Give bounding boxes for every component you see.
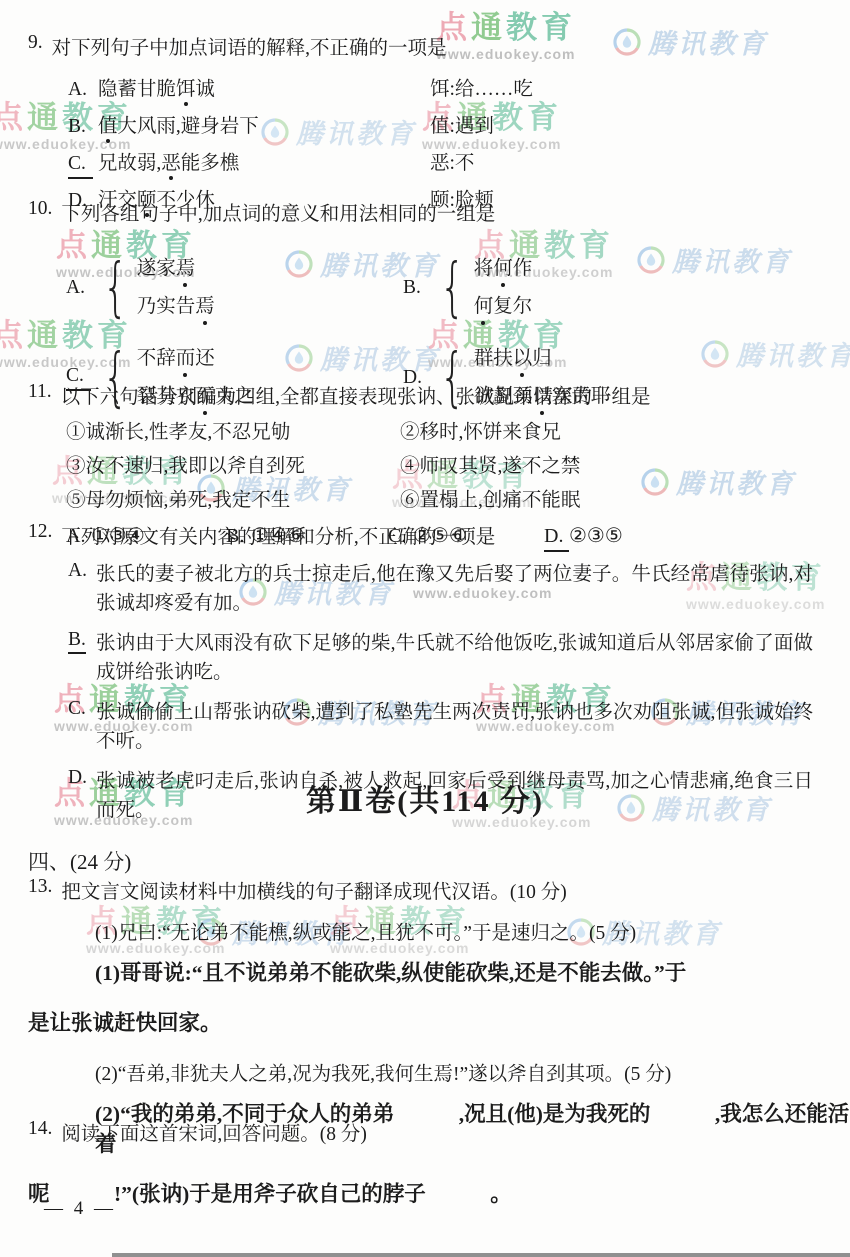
option-text: 张氏的妻子被北方的兵士掠走后,他在豫又先后娶了两位妻子。牛氏经常虐待张讷,对张诚… — [96, 560, 813, 618]
translation-answer-line: 呢 !”(张讷)于是用斧子砍自己的脖子 。 — [28, 1179, 850, 1209]
emphasized-char: 焉 — [176, 256, 196, 282]
sentence-item: ①诚渐长,性孝友,不忍兄劬 — [66, 422, 290, 443]
question-stem: 下列各组句子中,加点词的意义和用法相同的一组是 — [61, 198, 495, 226]
question-9: 9. 对下列句子中加点词语的解释,不正确的一项是 A. 隐蓄甘脆饵诚 饵:给……… — [0, 32, 850, 208]
option-row: A. 隐蓄甘脆饵诚 饵:给……吃 — [68, 73, 850, 97]
option-row: B. 张讷由于大风雨没有砍下足够的柴,牛氏就不给他饭吃,张诚知道后从邻居家偷了面… — [68, 629, 813, 687]
section-title: 第Ⅱ卷(共114 分) — [0, 776, 850, 820]
emphasized-char: 何 — [474, 294, 494, 320]
group-line: 遂家焉 — [137, 250, 215, 288]
option-text: 值大风雨,避身岩下 — [98, 116, 259, 137]
sentence-item: ⑥置榻上,创痛不能眠 — [400, 484, 580, 512]
exam-page: 点通教育www.eduokey.com 腾讯教育点通教育www.eduokey.… — [0, 0, 850, 1257]
emphasized-char: 饵 — [176, 73, 196, 101]
sentence-row: ①诚渐长,性孝友,不忍兄劬 ②移时,怀饼来食兄 — [66, 416, 850, 443]
page-number: — 4 — — [44, 1198, 116, 1220]
question-number: 10. — [28, 198, 52, 226]
option-text: 兄故弱,恶能多樵 — [98, 153, 239, 174]
option-label-answer-underline: C. — [68, 153, 93, 179]
emphasized-char: 而 — [176, 346, 196, 372]
question-stem: 下列对原文有关内容的理解和分析,不正确的一项是 — [61, 521, 495, 549]
brace-icon: { — [440, 258, 465, 319]
question-14: 14. 阅读下面这首宋词,回答问题。(8 分) — [0, 1118, 850, 1146]
option-gloss: 饵:给……吃 — [430, 73, 533, 101]
option-row: A. 张氏的妻子被北方的兵士掠走后,他在豫又先后娶了两位妻子。牛氏经常虐待张讷,… — [68, 560, 813, 618]
option-label: C. — [68, 698, 96, 756]
option-label: B. — [403, 277, 428, 299]
group-line: 乃实告焉 — [137, 288, 215, 326]
sentence-item: ④师叹其贤,遂不之禁 — [400, 450, 580, 478]
option-label-answer-underline: B. — [68, 629, 86, 654]
group-line: 不辞而还 — [137, 340, 254, 378]
translation-source-line: (1)兄曰:“无论弟不能樵,纵或能之,且犹不可。”于是速归之。(5 分) — [95, 917, 850, 945]
emphasized-char: 以 — [513, 346, 533, 372]
sentence-item: ⑤母勿烦恼,弟死,我定不生 — [66, 490, 290, 511]
option-row: C. 张诚偷偷上山帮张讷砍柴,遭到了私塾先生两次责罚,张讷也多次劝阻张诚,但张诚… — [68, 698, 813, 756]
question-stem: 把文言文阅读材料中加横线的句子翻译成现代汉语。(10 分) — [61, 876, 566, 904]
question-number: 14. — [28, 1118, 52, 1146]
option-label: B. — [68, 116, 93, 138]
option-row: B. 值大风雨,避身岩下 值:遇到 — [68, 110, 850, 134]
question-number: 9. — [28, 32, 43, 60]
emphasized-char: 焉 — [195, 294, 215, 320]
option-gloss: 值:遇到 — [430, 110, 494, 138]
option-text: 隐蓄甘脆饵诚 — [98, 79, 215, 100]
option-row: C. 兄故弱,恶能多樵 恶:不 — [68, 147, 850, 171]
option-text: 张诚偷偷上山帮张讷砍柴,遭到了私塾先生两次责罚,张讷也多次劝阻张诚,但张诚始终不… — [96, 698, 813, 756]
question-13: 13. 把文言文阅读材料中加横线的句子翻译成现代汉语。(10 分) (1)兄曰:… — [0, 876, 850, 1209]
option-gloss: 恶:不 — [430, 147, 474, 175]
question-number: 13. — [28, 876, 52, 904]
part-label: 四、(24 分) — [28, 846, 131, 876]
group-line: 何复尔 — [474, 288, 533, 326]
question-number: 11. — [28, 381, 52, 409]
translation-answer-line: 是让张诚赶快回家。 — [28, 1008, 850, 1038]
emphasized-char: 值 — [98, 110, 118, 138]
question-stem: 对下列句子中加点词语的解释,不正确的一项是 — [52, 32, 447, 60]
sentence-item: ③汝不速归,我即以斧自刭死 — [66, 456, 305, 477]
option-label: A. — [66, 277, 91, 299]
emphasized-char: 何 — [493, 256, 513, 282]
question-number: 12. — [28, 521, 52, 549]
sentence-item: ②移时,怀饼来食兄 — [400, 416, 561, 444]
question-stem: 阅读下面这首宋词,回答问题。(8 分) — [61, 1118, 367, 1146]
option-group: A. { 遂家焉 乃实告焉 — [66, 250, 215, 326]
option-label: A. — [68, 79, 93, 101]
question-stem: 以下六句话分别编为四组,全都直接表现张讷、张诚兄弟情深的一组是 — [61, 381, 651, 409]
sentence-row: ③汝不速归,我即以斧自刭死 ④师叹其贤,遂不之禁 — [66, 450, 850, 477]
scan-edge-strip — [112, 1253, 850, 1257]
exam-content: 9. 对下列句子中加点词语的解释,不正确的一项是 A. 隐蓄甘脆饵诚 饵:给……… — [0, 0, 850, 1257]
group-line: 将何作 — [474, 250, 533, 288]
group-line: 群扶以归 — [474, 340, 611, 378]
brace-icon: { — [103, 258, 128, 319]
translation-answer-line: (1)哥哥说:“且不说弟弟不能砍柴,纵使能砍柴,还是不能去做。”于 — [95, 958, 850, 988]
option-group: B. { 将何作 何复尔 — [403, 250, 532, 326]
option-text: 张讷由于大风雨没有砍下足够的柴,牛氏就不给他饭吃,张诚知道后从邻居家偷了面做成饼… — [96, 629, 813, 687]
option-label: A. — [68, 560, 96, 618]
translation-source-line: (2)“吾弟,非犹夫人之弟,况为我死,我何生焉!”遂以斧自刭其项。(5 分) — [95, 1058, 850, 1086]
emphasized-char: 恶 — [161, 147, 181, 175]
sentence-row: ⑤母勿烦恼,弟死,我定不生 ⑥置榻上,创痛不能眠 — [66, 484, 850, 511]
